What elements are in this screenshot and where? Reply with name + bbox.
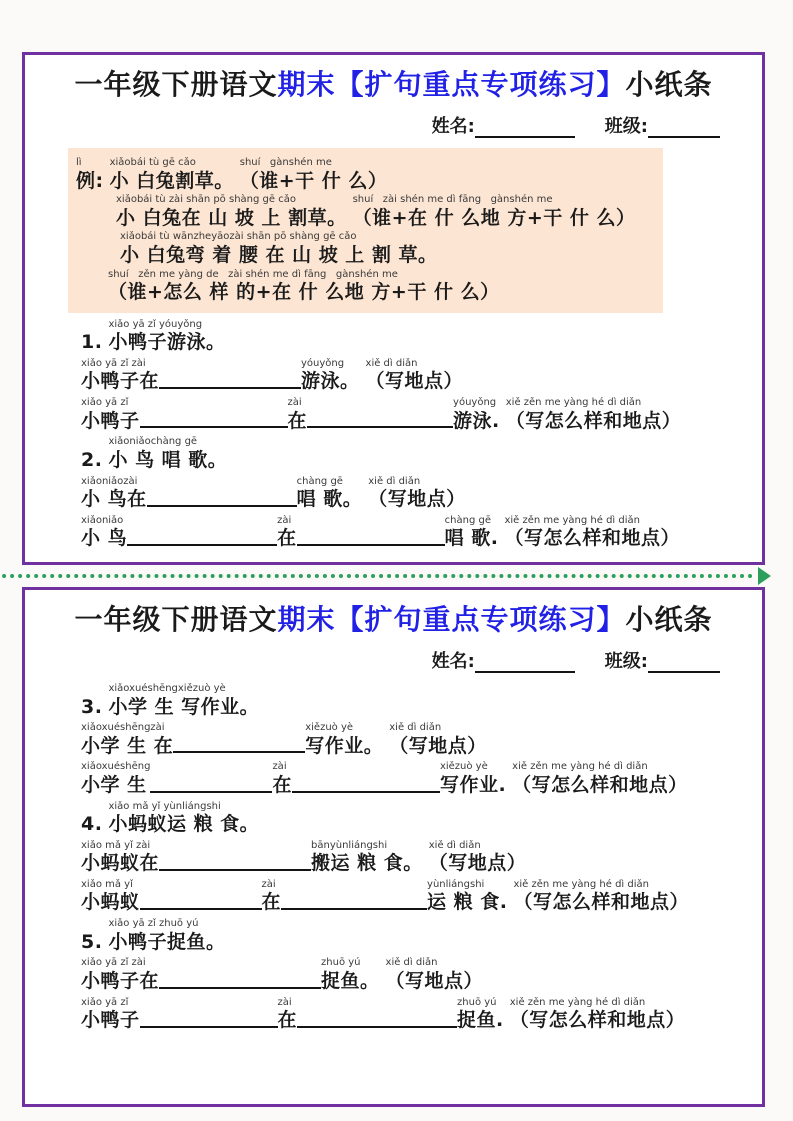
pinyin-text: xiě zěn me yàng hé dì diǎn [513,879,649,891]
pinyin-text: xiě zěn me yàng hé dì diǎn [506,397,642,409]
name-blank-line [475,655,575,673]
pinyin-text: xiě dì diǎn [389,722,441,734]
hanzi-text: 写作业. [440,773,506,798]
hanzi-text: 在 [288,409,308,434]
phrase-segment: zài在 [277,515,297,551]
hanzi-text: 小鸭子游泳。 [108,330,225,355]
exercise-line: xiǎo yā zǐ小鸭子zài在zhuō yú捉鱼.xiě zěn me yà… [81,997,762,1033]
class-blank-line [648,120,720,138]
class-field: 班级: [605,647,720,673]
phrase-segment: lì例: [76,157,104,193]
pinyin-text: xiǎo yā zǐ zài [81,358,146,370]
pinyin-text: zài [277,515,291,527]
hanzi-text: 游泳. [453,409,500,434]
phrase-segment: xiězuò yè写作业. [440,761,506,797]
phrase-segment: zài在 [278,997,298,1033]
exercise-line: xiǎo mǎ yǐ zài小蚂蚁在bānyùnliángshi搬运 粮 食。x… [81,840,762,876]
hanzi-text: 在 [278,1008,298,1033]
phrase-segment: xiě dì diǎn（写地点） [429,840,527,876]
hanzi-text: 游泳。 [301,369,360,394]
hanzi-text: 例: [76,169,104,194]
title-part-accent: 期末【扩句重点专项练习】 [277,603,625,636]
exercise-line: xiǎo mǎ yǐ小蚂蚁zài在yùnliángshi运 粮 食.xiě zě… [81,879,762,915]
pinyin-text: xiǎo yā zǐ [81,997,128,1009]
fill-in-blank [159,869,311,871]
example-line: xiǎobái tù zài shān pō shàng gē cǎo小 白兔在… [116,194,655,230]
hanzi-text: 搬运 粮 食。 [311,851,423,876]
phrase-segment: xiǎoxuéshēng小学 生 [81,761,150,797]
example-lines: lì例:xiǎobái tù gē cǎo小 白兔割草。shuí gànshén… [76,157,655,305]
phrase-segment: xiǎo mǎ yǐ yùnliángshi小蚂蚁运 粮 食。 [108,801,259,837]
phrase-segment: xiǎo yā zǐ zhuō yú小鸭子捉鱼。 [108,918,225,954]
phrase-segment: yùnliángshi运 粮 食. [427,879,507,915]
pinyin-text: xiǎobái tù gē cǎo [110,157,196,169]
hanzi-text: 在 [272,773,292,798]
pinyin-text: xiě dì diǎn [368,476,420,488]
phrase-segment: xiǎo yā zǐ yóuyǒng小鸭子游泳。 [108,319,225,355]
hanzi-text: （写地点） [389,734,487,759]
phrase-segment: xiě dì diǎn（写地点） [366,358,464,394]
name-field: 姓名: [432,112,575,138]
pinyin-text: zài [262,879,276,891]
example-line: shuí zěn me yàng de zài shén me dì fāng … [108,269,655,305]
hanzi-text: （写怎么样和地点） [510,1008,686,1033]
hanzi-text: （写怎么样和地点） [506,409,682,434]
exercise-line: xiǎoniǎozài小 鸟在chàng gē唱 歌。xiě dì diǎn（写… [81,476,762,512]
fill-in-blank [292,791,440,793]
pinyin-text: xiǎo yā zǐ [81,397,128,409]
pinyin-text: xiǎoxuéshēngzài [81,722,165,734]
fill-in-blank [173,751,305,753]
fill-in-blank [140,908,262,910]
hanzi-text: 小 白兔割草。 [110,169,234,194]
hanzi-text: （写怎么样和地点） [504,526,680,551]
hanzi-text: 小学 生 写作业。 [108,695,259,720]
exercise-heading: 3.xiǎoxuéshēngxiězuò yè小学 生 写作业。 [81,683,762,719]
pinyin-text: zài [272,761,286,773]
example-box: lì例:xiǎobái tù gē cǎo小 白兔割草。shuí gànshén… [68,148,663,313]
pinyin-text: xiě dì diǎn [429,840,481,852]
phrase-segment: shuí gànshén me（谁+干 什 么） [240,157,388,193]
pinyin-text: xiǎobái tù wānzheyāozài shān pō shàng gē… [120,231,357,243]
fill-in-blank [297,544,445,546]
pinyin-text: xiǎo mǎ yǐ yùnliángshi [108,801,220,813]
phrase-segment: xiě dì diǎn（写地点） [389,722,487,758]
phrase-segment: 2. [81,437,102,473]
name-label: 姓名: [432,647,475,673]
title-part-accent: 期末【扩句重点专项练习】 [277,68,625,101]
pinyin-text: chàng gē [297,476,343,488]
pinyin-text: xiězuò yè [440,761,488,773]
phrase-segment: xiǎobái tù wānzheyāozài shān pō shàng gē… [120,231,438,267]
exercise-line: xiǎo yā zǐ zài小鸭子在zhuō yú捉鱼。xiě dì diǎn（… [81,957,762,993]
pinyin-text: xiǎoxuéshēngxiězuò yè [108,683,225,695]
phrase-segment: 3. [81,684,102,720]
pinyin-text: xiǎoxuéshēng [81,761,150,773]
hanzi-text: （写怎么样和地点） [513,890,689,915]
pinyin-text: xiě zěn me yàng hé dì diǎn [510,997,646,1009]
pinyin-text: xiǎo yā zǐ yóuyǒng [108,319,202,331]
hanzi-text: 小蚂蚁在 [81,851,159,876]
class-field: 班级: [605,112,720,138]
pinyin-text: yóuyǒng [301,358,344,370]
cut-line-divider [0,565,771,587]
fill-in-blank [150,791,272,793]
phrase-segment: xiǎo mǎ yǐ zài小蚂蚁在 [81,840,159,876]
pinyin-text: xiǎobái tù zài shān pō shàng gē cǎo [116,194,296,206]
hanzi-text: （写地点） [366,369,464,394]
hanzi-text: 3. [81,695,102,720]
phrase-segment: chàng gē唱 歌。 [297,476,363,512]
pinyin-text: xiě zěn me yàng hé dì diǎn [504,515,640,527]
pinyin-text: xiǎo mǎ yǐ [81,879,133,891]
phrase-segment: xiě zěn me yàng hé dì diǎn（写怎么样和地点） [504,515,680,551]
fill-in-blank [140,426,288,428]
exercise-heading: 1.xiǎo yā zǐ yóuyǒng小鸭子游泳。 [81,319,762,355]
hanzi-text: 写作业。 [305,734,383,759]
fill-in-blank [307,426,453,428]
worksheet-card-1: 一年级下册语文期末【扩句重点专项练习】小纸条 姓名: 班级: lì例:xiǎob… [22,52,765,565]
phrase-segment: xiǎo yā zǐ zài小鸭子在 [81,358,159,394]
hanzi-text: 1. [81,330,102,355]
pinyin-text: bānyùnliángshi [311,840,387,852]
phrase-segment: xiě zěn me yàng hé dì diǎn（写怎么样和地点） [510,997,686,1033]
fill-in-blank [159,387,301,389]
phrase-segment: zài在 [262,879,282,915]
exercise-heading: 5.xiǎo yā zǐ zhuō yú小鸭子捉鱼。 [81,918,762,954]
pinyin-text: yóuyǒng [453,397,496,409]
phrase-segment: xiǎoxuéshēngzài小学 生 在 [81,722,173,758]
pinyin-text: zhuō yú [321,957,360,969]
hanzi-text: 小 鸟在 [81,487,147,512]
name-label: 姓名: [432,112,475,138]
hanzi-text: 唱 歌. [445,526,499,551]
phrase-segment: zhuō yú捉鱼。 [321,957,380,993]
pinyin-text: xiǎoniǎochàng gē [108,436,197,448]
phrase-segment: xiě zěn me yàng hé dì diǎn（写怎么样和地点） [506,397,682,433]
class-label: 班级: [605,647,648,673]
hanzi-text: 在 [262,890,282,915]
title-part-3: 小纸条 [626,68,713,101]
fill-in-blank [127,544,277,546]
hanzi-text: （谁+干 什 么） [240,169,388,194]
phrase-segment: bānyùnliángshi搬运 粮 食。 [311,840,423,876]
hanzi-text: 小 鸟 唱 歌。 [108,448,227,473]
hanzi-text: 小鸭子 [81,409,140,434]
phrase-segment: xiě dì diǎn（写地点） [386,957,484,993]
pinyin-text: zài [278,997,292,1009]
hanzi-text: 小学 生 在 [81,734,173,759]
fill-in-blank [147,505,297,507]
hanzi-text: 唱 歌。 [297,487,363,512]
hanzi-text: （写地点） [429,851,527,876]
phrase-segment: xiě zěn me yàng hé dì diǎn（写怎么样和地点） [512,761,688,797]
hanzi-text: （谁+在 什 么地 方+干 什 么） [353,206,636,231]
phrase-segment: yóuyǒng游泳. [453,397,500,433]
phrase-segment: xiǎo yā zǐ小鸭子 [81,997,140,1033]
worksheet-title-2: 一年级下册语文期末【扩句重点专项练习】小纸条 [35,602,752,637]
example-line: xiǎobái tù wānzheyāozài shān pō shàng gē… [120,231,655,267]
hanzi-text: 2. [81,448,102,473]
pinyin-text: shuí zěn me yàng de zài shén me dì fāng … [108,269,398,281]
pinyin-text: lì [76,157,82,169]
phrase-segment: xiězuò yè写作业。 [305,722,383,758]
worksheet-card-2: 一年级下册语文期末【扩句重点专项练习】小纸条 姓名: 班级: 3.xiǎoxué… [22,587,765,1107]
pinyin-text: xiě dì diǎn [386,957,438,969]
phrase-segment: xiǎobái tù zài shān pō shàng gē cǎo小 白兔在… [116,194,347,230]
pinyin-text: shuí zài shén me dì fāng gànshén me [353,194,553,206]
pinyin-text: xiǎo mǎ yǐ zài [81,840,150,852]
hanzi-text: （写地点） [368,487,466,512]
hanzi-text: 小 白兔在 山 坡 上 割草。 [116,206,347,231]
pinyin-text: xiězuò yè [305,722,353,734]
title-part-3: 小纸条 [626,603,713,636]
phrase-segment: xiě zěn me yàng hé dì diǎn（写怎么样和地点） [513,879,689,915]
pinyin-text: yùnliángshi [427,879,484,891]
hanzi-text: 小鸭子在 [81,369,159,394]
name-blank-line [475,120,575,138]
fill-in-blank [297,1026,457,1028]
hanzi-text: 小鸭子捉鱼。 [108,930,225,955]
pinyin-text: zài [288,397,302,409]
phrase-segment: zài在 [272,761,292,797]
exercises-card-2: 3.xiǎoxuéshēngxiězuò yè小学 生 写作业。xiǎoxués… [81,683,762,1033]
pinyin-text: shuí gànshén me [240,157,332,169]
phrase-segment: zài在 [288,397,308,433]
hanzi-text: （写怎么样和地点） [512,773,688,798]
hanzi-text: （写地点） [386,969,484,994]
phrase-segment: xiǎoxuéshēngxiězuò yè小学 生 写作业。 [108,683,259,719]
dotted-line [0,574,753,578]
name-class-row: 姓名: 班级: [25,112,762,138]
hanzi-text: 捉鱼。 [321,969,380,994]
phrase-segment: xiǎo yā zǐ小鸭子 [81,397,140,433]
phrase-segment: chàng gē唱 歌. [445,515,499,551]
exercises-card-1: 1.xiǎo yā zǐ yóuyǒng小鸭子游泳。xiǎo yā zǐ zài… [81,319,762,551]
hanzi-text: 4. [81,812,102,837]
worksheet-page: 一年级下册语文期末【扩句重点专项练习】小纸条 姓名: 班级: lì例:xiǎob… [0,0,793,1107]
exercise-heading: 4.xiǎo mǎ yǐ yùnliángshi小蚂蚁运 粮 食。 [81,801,762,837]
hanzi-text: 小 白兔弯 着 腰 在 山 坡 上 割 草。 [120,243,438,268]
hanzi-text: 小 鸟 [81,526,127,551]
fill-in-blank [281,908,427,910]
class-label: 班级: [605,112,648,138]
fill-in-blank [140,1026,278,1028]
phrase-segment: xiǎo yā zǐ zài小鸭子在 [81,957,159,993]
pinyin-text: xiǎo yā zǐ zài [81,957,146,969]
phrase-segment: 1. [81,319,102,355]
example-line: lì例:xiǎobái tù gē cǎo小 白兔割草。shuí gànshén… [76,157,655,193]
hanzi-text: 小鸭子在 [81,969,159,994]
arrow-right-icon [758,567,771,585]
pinyin-text: zhuō yú [457,997,496,1009]
worksheet-title: 一年级下册语文期末【扩句重点专项练习】小纸条 [35,67,752,102]
phrase-segment: 4. [81,801,102,837]
title-part-1: 一年级下册语文 [74,603,277,636]
phrase-segment: xiǎoniǎozài小 鸟在 [81,476,147,512]
hanzi-text: （谁+怎么 样 的+在 什 么地 方+干 什 么） [108,280,500,305]
pinyin-text: xiǎoniǎozài [81,476,137,488]
exercise-line: xiǎoxuéshēngzài小学 生 在xiězuò yè写作业。xiě dì… [81,722,762,758]
phrase-segment: yóuyǒng游泳。 [301,358,360,394]
pinyin-text: xiǎo yā zǐ zhuō yú [108,918,198,930]
exercise-line: xiǎo yā zǐ zài小鸭子在yóuyǒng游泳。xiě dì diǎn（… [81,358,762,394]
hanzi-text: 捉鱼. [457,1008,504,1033]
name-class-row: 姓名: 班级: [25,647,762,673]
exercise-line: xiǎo yā zǐ小鸭子zài在yóuyǒng游泳.xiě zěn me yà… [81,397,762,433]
phrase-segment: xiǎoniǎochàng gē小 鸟 唱 歌。 [108,436,227,472]
pinyin-text: xiǎoniǎo [81,515,123,527]
phrase-segment: zhuō yú捉鱼. [457,997,504,1033]
phrase-segment: xiǎoniǎo小 鸟 [81,515,127,551]
phrase-segment: xiě dì diǎn（写地点） [368,476,466,512]
pinyin-text: xiě dì diǎn [366,358,418,370]
exercise-heading: 2.xiǎoniǎochàng gē小 鸟 唱 歌。 [81,436,762,472]
hanzi-text: 5. [81,930,102,955]
phrase-segment: shuí zài shén me dì fāng gànshén me（谁+在 … [353,194,636,230]
hanzi-text: 小蚂蚁 [81,890,140,915]
phrase-segment: xiǎobái tù gē cǎo小 白兔割草。 [110,157,234,193]
pinyin-text: chàng gē [445,515,491,527]
hanzi-text: 小鸭子 [81,1008,140,1033]
class-blank-line [648,655,720,673]
exercise-line: xiǎoxuéshēng小学 生zài在xiězuò yè写作业.xiě zěn… [81,761,762,797]
hanzi-text: 小蚂蚁运 粮 食。 [108,812,259,837]
phrase-segment: 5. [81,919,102,955]
hanzi-text: 在 [277,526,297,551]
hanzi-text: 小学 生 [81,773,147,798]
hanzi-text: 运 粮 食. [427,890,507,915]
fill-in-blank [159,987,321,989]
pinyin-text: xiě zěn me yàng hé dì diǎn [512,761,648,773]
phrase-segment: shuí zěn me yàng de zài shén me dì fāng … [108,269,500,305]
exercise-line: xiǎoniǎo小 鸟zài在chàng gē唱 歌.xiě zěn me yà… [81,515,762,551]
title-part-1: 一年级下册语文 [74,68,277,101]
name-field: 姓名: [432,647,575,673]
phrase-segment: xiǎo mǎ yǐ小蚂蚁 [81,879,140,915]
